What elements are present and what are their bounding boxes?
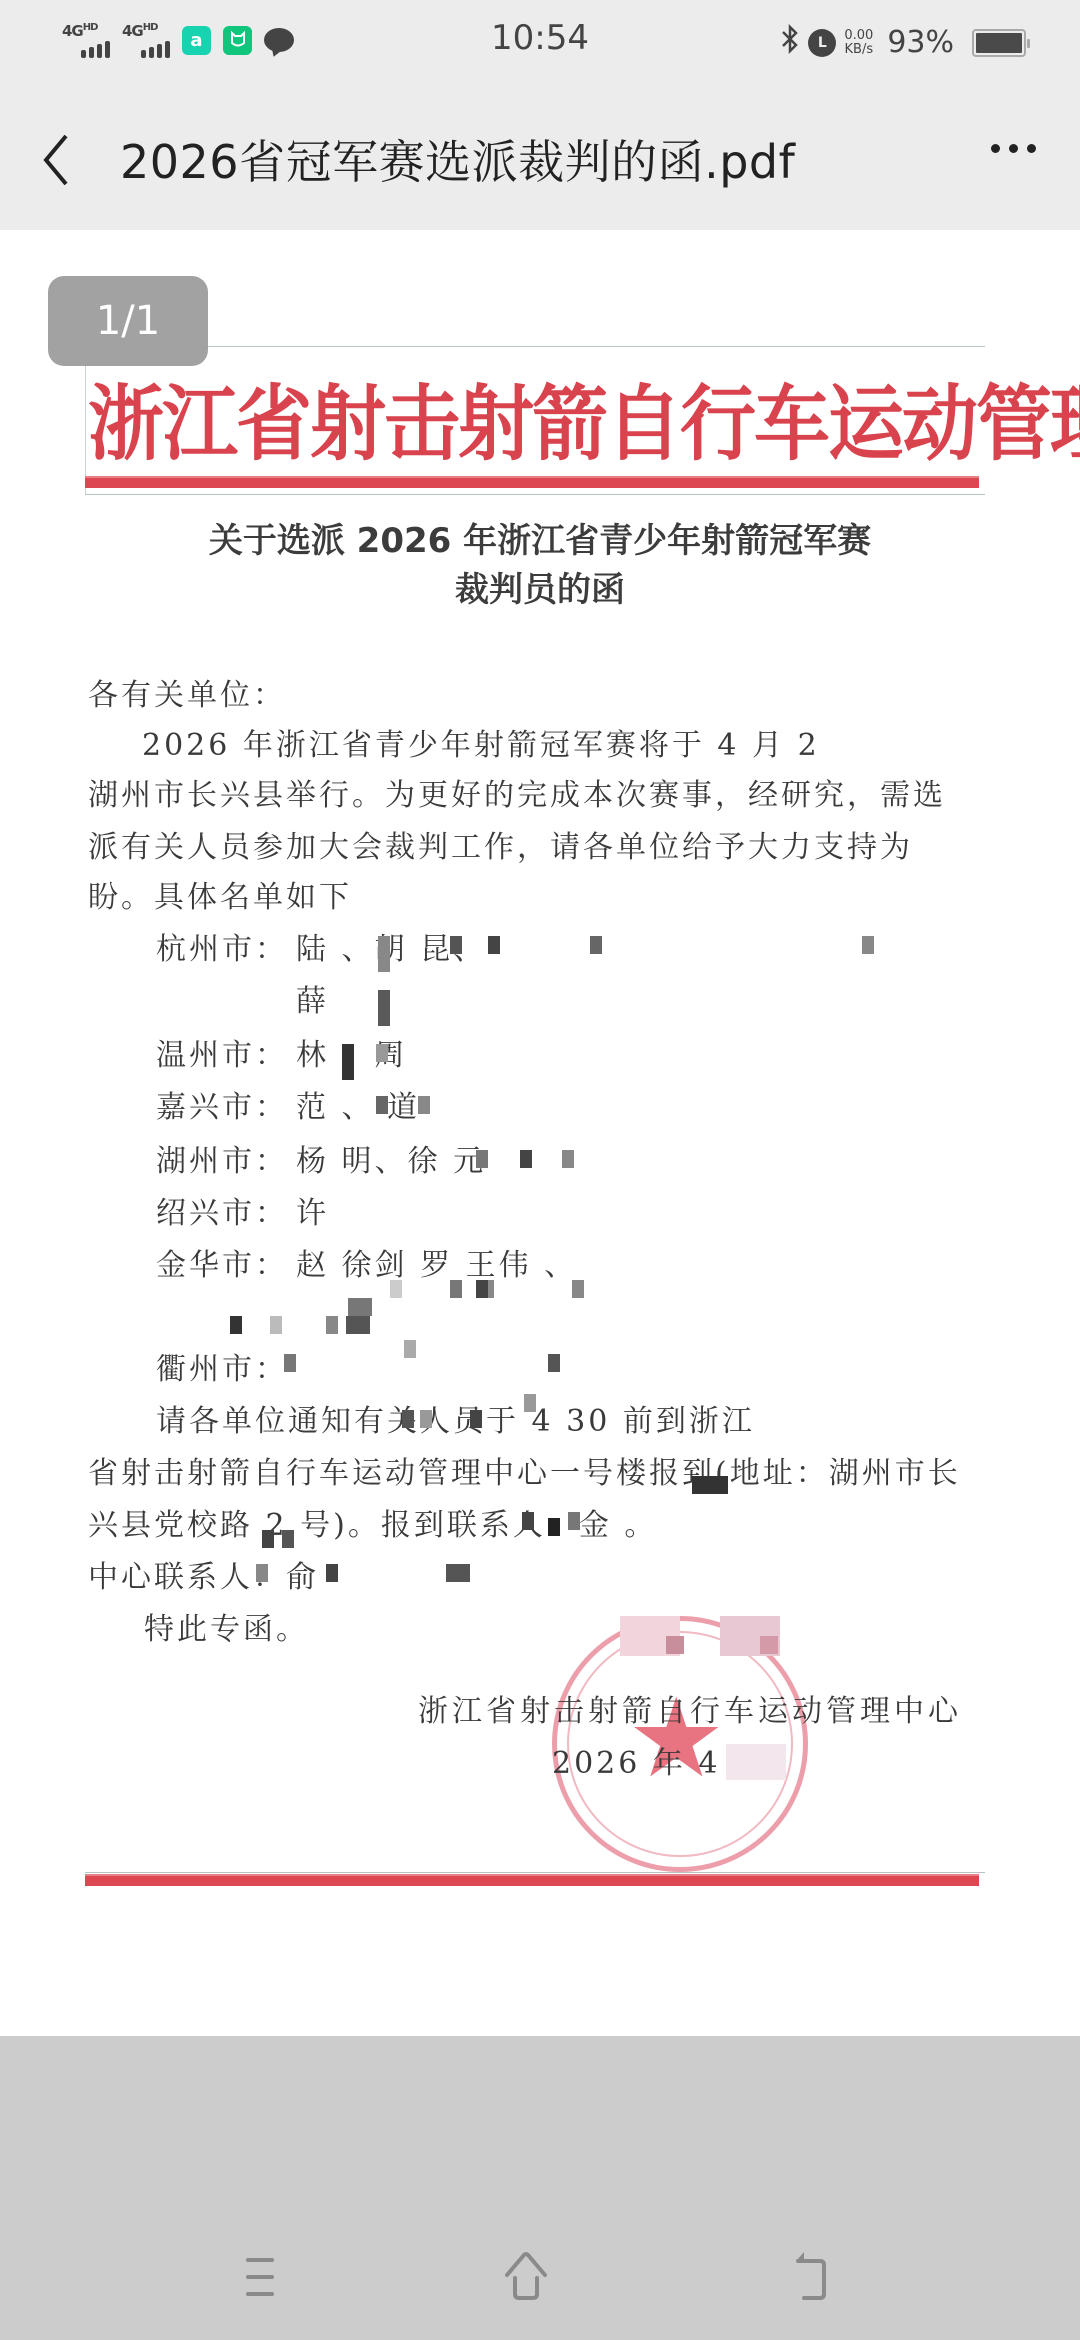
city-names: 杨 明、徐 元 xyxy=(296,1136,486,1180)
closing: 特此专函。 xyxy=(144,1604,309,1648)
salutation: 各有关单位： xyxy=(88,670,286,714)
recent-apps-button[interactable] xyxy=(232,2250,312,2310)
more-options-button[interactable] xyxy=(991,144,1036,153)
city-label: 温州市： xyxy=(156,1030,288,1074)
report-line: 请各单位通知有关人员于 4 30 前到浙江 xyxy=(156,1396,755,1440)
net-speed-unit: KB/s xyxy=(845,42,874,57)
city-label: 绍兴市： xyxy=(156,1188,288,1232)
divider xyxy=(85,1872,985,1873)
network-speed: 0.00 KB/s xyxy=(844,29,873,57)
home-icon xyxy=(505,2250,585,2310)
body-line: 湖州市长兴县举行。为更好的完成本次赛事，经研究，需选 xyxy=(88,770,946,814)
file-title: 2026省冠军赛选派裁判的函.pdf xyxy=(120,126,795,192)
chevron-left-icon xyxy=(36,124,86,194)
doc-title-line1: 关于选派 2026 年浙江省青少年射箭冠军赛 xyxy=(0,513,1080,562)
bluetooth-icon xyxy=(780,24,800,61)
battery-percent: 93% xyxy=(887,25,954,60)
dot-icon xyxy=(991,144,1000,153)
dot-icon xyxy=(1027,144,1036,153)
body-line: 派有关人员参加大会裁判工作，请各单位给予大力支持为 xyxy=(88,822,913,866)
city-names: 范 、 道 xyxy=(296,1082,420,1126)
system-nav-bar xyxy=(0,2250,1080,2310)
city-names: 许 xyxy=(296,1188,329,1232)
report-line: 中心联系人：俞 xyxy=(88,1552,319,1596)
battery-icon xyxy=(972,29,1026,57)
city-label: 湖州市： xyxy=(156,1136,288,1180)
city-names: 赵 徐剑 罗 王伟 、 xyxy=(296,1240,577,1284)
back-button[interactable] xyxy=(36,124,86,194)
body-line: 盼。具体名单如下 xyxy=(88,872,352,916)
city-names: 薛 xyxy=(296,976,329,1020)
city-label: 金华市： xyxy=(156,1240,288,1284)
city-label: 杭州市： xyxy=(156,924,288,968)
page-indicator: 1/1 xyxy=(48,276,208,366)
status-right: L 0.00 KB/s 93% xyxy=(780,24,1026,61)
title-bar: 2026省冠军赛选派裁判的函.pdf xyxy=(0,84,1080,230)
letterhead: 浙江省射击射箭自行车运动管理中心 xyxy=(88,358,988,476)
footer-red-rule xyxy=(85,1874,979,1886)
doc-title-line2: 裁判员的函 xyxy=(0,562,1080,611)
divider xyxy=(85,494,985,495)
home-button[interactable] xyxy=(505,2250,585,2310)
status-bar: 4GHD 4GHD a 10:54 L 0.00 KB/s 93% xyxy=(0,0,1080,84)
report-line: 省射击射箭自行车运动管理中心一号楼报到(地址：湖州市长 xyxy=(88,1448,961,1492)
city-label: 衢州市： xyxy=(156,1344,288,1388)
letterhead-red-rule xyxy=(85,476,979,488)
return-icon xyxy=(788,2250,868,2310)
signature-org: 浙江省射击射箭自行车运动管理中心 xyxy=(418,1686,962,1730)
net-speed-value: 0.00 xyxy=(844,28,873,43)
pdf-viewer[interactable]: 1/1 浙江省射击射箭自行车运动管理中心 关于选派 2026 年浙江省青少年射箭… xyxy=(0,230,1080,2036)
pdf-page: 浙江省射击射箭自行车运动管理中心 关于选派 2026 年浙江省青少年射箭冠军赛 … xyxy=(0,230,1080,2036)
dot-icon xyxy=(1009,144,1018,153)
city-label: 嘉兴市： xyxy=(156,1082,288,1126)
alarm-icon: L xyxy=(808,29,836,57)
system-back-button[interactable] xyxy=(788,2250,868,2310)
body-line: 2026 年浙江省青少年射箭冠军赛将于 4 月 2 xyxy=(142,720,820,764)
menu-icon xyxy=(232,2250,312,2310)
